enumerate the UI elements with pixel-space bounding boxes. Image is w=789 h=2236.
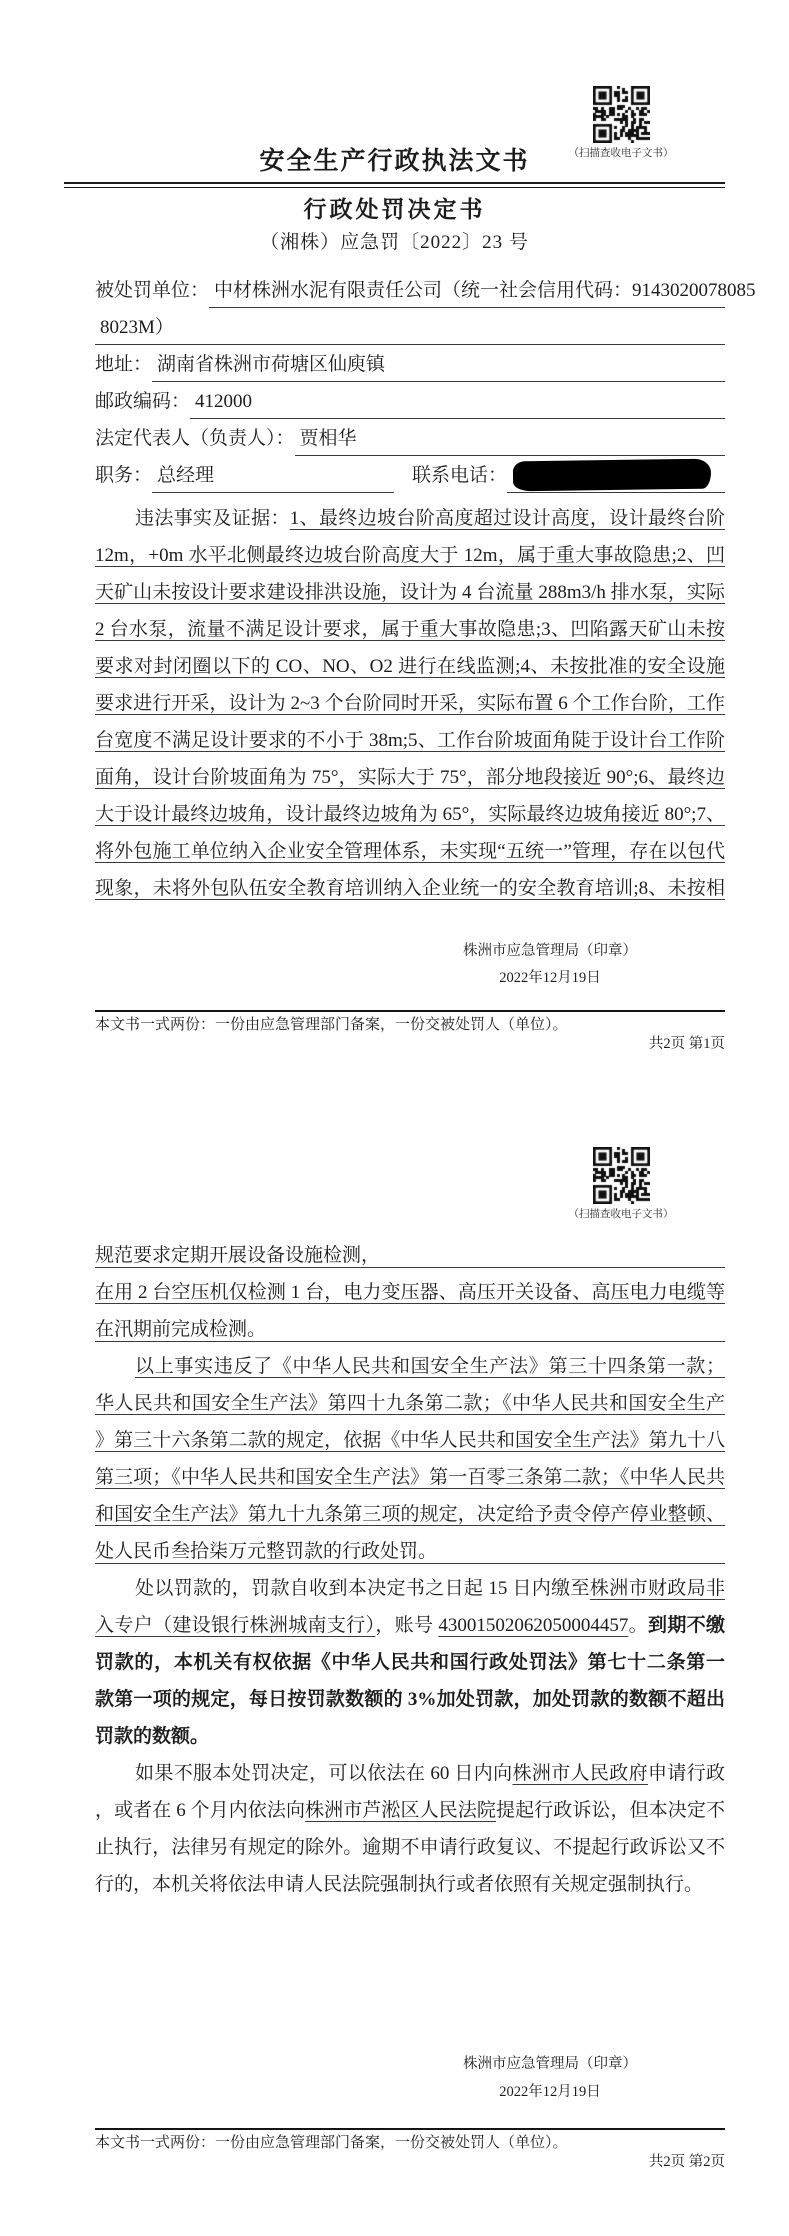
- signature-block-page1: 株洲市应急管理局（印章） 2022年12月19日: [463, 938, 637, 992]
- text-run: 处以罚款的，罚款自收到本决定书之日起 15 日内缴至: [135, 1578, 590, 1599]
- text-line: 台宽度不满足设计要求的不小于 38m;5、工作台阶坡面角陡于设计台工作阶坡: [95, 722, 725, 759]
- text-run: 株洲市芦淞区人民法院: [305, 1800, 496, 1821]
- text-line: 款第一项的规定，每日按罚款数额的 3%加处罚款，加处罚款的数额不超出: [95, 1681, 725, 1718]
- issuing-agency: 株洲市应急管理局（印章）: [463, 938, 637, 965]
- text-run: 大于设计最终边坡角，设计最终边坡角为 65°，实际最终边坡角接近 80°;7、未: [95, 804, 725, 833]
- text-line: 华人民共和国安全生产法》第四十九条第二款；《中华人民共和国安全生产法: [95, 1385, 725, 1422]
- field-row: 8023M）: [95, 309, 725, 346]
- field-value: [507, 457, 725, 494]
- document-title: 行政处罚决定书: [64, 197, 725, 223]
- field-value: 8023M）: [95, 309, 725, 346]
- category-title: 安全生产行政执法文书: [64, 148, 725, 176]
- text-line: 如果不服本处罚决定，可以依法在 60 日内向株洲市人民政府申请行政复议: [95, 1755, 725, 1792]
- text-run: 现象，未将外包队伍安全教育培训纳入企业统一的安全教育培训;8、未按相关: [95, 878, 725, 907]
- signature-block-page2: 株洲市应急管理局（印章） 2022年12月19日: [463, 2050, 637, 2106]
- text-run: 违法事实及证据：: [135, 508, 290, 529]
- text-run: 以上事实违反了《中华人民共和国安全生产法》第三十四条第一款；《中: [95, 1356, 725, 1385]
- page1-footer: 本文书一式两份：一份由应急管理部门备案，一份交被处罚人（单位）。 共2页 第1页: [95, 1010, 725, 1053]
- field-label: 法定代表人（负责人）：: [95, 420, 295, 457]
- page-indicator-page2: 共2页 第2页: [95, 2154, 725, 2171]
- document-number: （湘株）应急罚〔2022〕23 号: [64, 232, 725, 254]
- text-line: 罚款的，本机关有权依据《中华人民共和国行政处罚法》第七十二条第一: [95, 1644, 725, 1681]
- text-line: 大于设计最终边坡角，设计最终边坡角为 65°，实际最终边坡角接近 80°;7、未: [95, 796, 725, 833]
- text-run: ，账号: [375, 1615, 438, 1636]
- text-run: 华人民共和国安全生产法》第四十九条第二款；《中华人民共和国安全生产法: [95, 1393, 725, 1422]
- redaction-blob: [513, 459, 711, 492]
- text-line: 行的，本机关将依法申请人民法院强制执行或者依照有关规定强制执行。: [95, 1866, 725, 1903]
- text-run: ，或者在 6 个月内依法向: [95, 1800, 305, 1821]
- text-line: 罚款的数额。: [95, 1718, 725, 1755]
- text-line: 面角，设计台阶坡面角为 75°，实际大于 75°，部分地段接近 90°;6、最终…: [95, 759, 725, 796]
- text-run: 12m，+0m 水平北侧最终边坡台阶高度大于 12m，属于重大事故隐患;2、凹陷…: [95, 545, 725, 574]
- text-run: 罚款的数额。: [95, 1726, 209, 1747]
- text-line: 12m，+0m 水平北侧最终边坡台阶高度大于 12m，属于重大事故隐患;2、凹陷…: [95, 537, 725, 574]
- copies-note: 本文书一式两份：一份由应急管理部门备案，一份交被处罚人（单位）。: [95, 2135, 725, 2152]
- document-header: 安全生产行政执法文书 行政处罚决定书 （湘株）应急罚〔2022〕23 号: [64, 148, 725, 254]
- text-line: ，或者在 6 个月内依法向株洲市芦淞区人民法院提起行政诉讼，但本决定不停: [95, 1792, 725, 1829]
- field-row: 被处罚单位：中材株洲水泥有限责任公司（统一社会信用代码：914302007808…: [95, 272, 725, 309]
- text-run: 罚款的，本机关有权依据《中华人民共和国行政处罚法》第七十二条第一: [95, 1652, 725, 1673]
- field-row: 法定代表人（负责人）：贾相华: [95, 420, 725, 457]
- double-rule: [64, 182, 725, 188]
- qr-block-page2: （扫描查收电子文书）: [556, 1147, 686, 1221]
- field-row: 地址：湖南省株洲市荷塘区仙庾镇: [95, 346, 725, 383]
- issuing-agency: 株洲市应急管理局（印章）: [463, 2050, 637, 2078]
- text-line: 处人民币叁拾柒万元整罚款的行政处罚。: [95, 1533, 725, 1570]
- field-value: 总经理: [152, 457, 394, 494]
- text-line: 第三项；《中华人民共和国安全生产法》第一百零三条第二款；《中华人民共: [95, 1459, 725, 1496]
- text-run: 天矿山未按设计要求建设排洪设施，设计为 4 台流量 288m3/h 排水泵，实际…: [95, 582, 725, 611]
- qr-code: [593, 1147, 650, 1204]
- text-line: 要求对封闭圈以下的 CO、NO、O2 进行在线监测;4、未按批准的安全设施设计: [95, 648, 725, 685]
- copies-note: 本文书一式两份：一份由应急管理部门备案，一份交被处罚人（单位）。: [95, 1017, 725, 1034]
- text-run: 株洲市人民政府: [512, 1763, 647, 1784]
- text-run: 款第一项的规定，每日按罚款数额的 3%加处罚款，加处罚款的数额不超出: [95, 1689, 725, 1710]
- recipient-fields: 被处罚单位：中材株洲水泥有限责任公司（统一社会信用代码：914302007808…: [95, 272, 725, 494]
- text-run: 台宽度不满足设计要求的不小于 38m;5、工作台阶坡面角陡于设计台工作阶坡: [95, 730, 725, 759]
- text-run: 。: [628, 1615, 648, 1636]
- field-label: 被处罚单位：: [95, 272, 209, 309]
- qr-caption: （扫描查收电子文书）: [556, 1208, 686, 1221]
- text-run: 将外包施工单位纳入企业安全管理体系，未实现“五统一”管理，存在以包代管: [95, 841, 725, 870]
- text-line: 止执行，法律另有规定的除外。逾期不申请行政复议、不提起行政诉讼又不履: [95, 1829, 725, 1866]
- text-run: 》第三十六条第二款的规定，依据《中华人民共和国安全生产法》第九十八条: [95, 1430, 725, 1459]
- text-line: 处以罚款的，罚款自收到本决定书之日起 15 日内缴至株洲市财政局非税收: [95, 1570, 725, 1607]
- qr-code: [593, 86, 650, 143]
- field-value: 412000: [190, 383, 725, 420]
- text-run: 和国安全生产法》第九十九条第三项的规定，决定给予责令停产停业整顿、并: [95, 1504, 725, 1533]
- text-run: 要求进行开采，设计为 2~3 个台阶同时开采，实际布置 6 个工作台阶，工作平: [95, 693, 725, 722]
- text-run: 处人民币叁拾柒万元整罚款的行政处罚。: [95, 1541, 437, 1562]
- field-value: 湖南省株洲市荷塘区仙庾镇: [152, 346, 725, 383]
- field-row: 邮政编码：412000: [95, 383, 725, 420]
- text-run: 行的，本机关将依法申请人民法院强制执行或者依照有关规定强制执行。: [95, 1874, 703, 1895]
- field-label: 职务：: [95, 457, 152, 494]
- field-value: 贾相华: [295, 420, 725, 457]
- text-line: 以上事实违反了《中华人民共和国安全生产法》第三十四条第一款；《中: [95, 1348, 725, 1385]
- text-line: 在汛期前完成检测。: [95, 1311, 725, 1348]
- text-run: 面角，设计台阶坡面角为 75°，实际大于 75°，部分地段接近 90°;6、最终…: [95, 767, 725, 796]
- text-run: 要求对封闭圈以下的 CO、NO、O2 进行在线监测;4、未按批准的安全设施设计: [95, 656, 725, 685]
- text-run: 如果不服本处罚决定，可以依法在 60 日内向: [135, 1763, 512, 1784]
- text-run: 43001502062050004457: [438, 1615, 628, 1636]
- field-label: 联系电话：: [412, 457, 507, 494]
- text-line: 将外包施工单位纳入企业安全管理体系，未实现“五统一”管理，存在以包代管: [95, 833, 725, 870]
- text-run: 规范要求定期开展设备设施检测，: [95, 1245, 380, 1266]
- penalty-decision-document: （扫描查收电子文书） 安全生产行政执法文书 行政处罚决定书 （湘株）应急罚〔20…: [0, 0, 789, 2236]
- violation-facts-paragraph: 违法事实及证据：1、最终边坡台阶高度超过设计高度，设计最终台阶高度12m，+0m…: [95, 500, 725, 907]
- text-line: 》第三十六条第二款的规定，依据《中华人民共和国安全生产法》第九十八条: [95, 1422, 725, 1459]
- issue-date: 2022年12月19日: [463, 2078, 637, 2106]
- text-line: 天矿山未按设计要求建设排洪设施，设计为 4 台流量 288m3/h 排水泵，实际…: [95, 574, 725, 611]
- page-indicator-page1: 共2页 第1页: [95, 1036, 725, 1053]
- text-run: 止执行，法律另有规定的除外。逾期不申请行政复议、不提起行政诉讼又不履: [95, 1837, 725, 1866]
- text-line: 要求进行开采，设计为 2~3 个台阶同时开采，实际布置 6 个工作台阶，工作平: [95, 685, 725, 722]
- page2-footer: 本文书一式两份：一份由应急管理部门备案，一份交被处罚人（单位）。 共2页 第2页: [95, 2128, 725, 2171]
- text-line: 规范要求定期开展设备设施检测，: [95, 1237, 725, 1274]
- text-line: 入专户（建设银行株洲城南支行），账号 43001502062050004457。…: [95, 1607, 725, 1644]
- text-run: 入专户（建设银行株洲城南支行）: [95, 1615, 375, 1636]
- field-row: 职务：总经理联系电话：: [95, 457, 725, 494]
- text-line: 2 台水泵，流量不满足设计要求，属于重大事故隐患;3、凹陷露天矿山未按设计: [95, 611, 725, 648]
- text-run: 第三项；《中华人民共和国安全生产法》第一百零三条第二款；《中华人民共: [95, 1467, 725, 1488]
- text-run: 在用 2 台空压机仅检测 1 台，电力变压器、高压开关设备、高压电力电缆等未: [95, 1282, 725, 1311]
- page2-body-paragraphs: 规范要求定期开展设备设施检测，在用 2 台空压机仅检测 1 台，电力变压器、高压…: [95, 1237, 725, 1903]
- text-line: 在用 2 台空压机仅检测 1 台，电力变压器、高压开关设备、高压电力电缆等未: [95, 1274, 725, 1311]
- field-label: 地址：: [95, 346, 152, 383]
- text-run: 2 台水泵，流量不满足设计要求，属于重大事故隐患;3、凹陷露天矿山未按设计: [95, 619, 725, 648]
- text-line: 违法事实及证据：1、最终边坡台阶高度超过设计高度，设计最终台阶高度: [95, 500, 725, 537]
- field-value: 中材株洲水泥有限责任公司（统一社会信用代码：9143020078085: [209, 272, 725, 309]
- issue-date: 2022年12月19日: [463, 965, 637, 992]
- text-run: 在汛期前完成检测。: [95, 1319, 266, 1340]
- text-line: 现象，未将外包队伍安全教育培训纳入企业统一的安全教育培训;8、未按相关: [95, 870, 725, 907]
- field-label: 邮政编码：: [95, 383, 190, 420]
- text-line: 和国安全生产法》第九十九条第三项的规定，决定给予责令停产停业整顿、并: [95, 1496, 725, 1533]
